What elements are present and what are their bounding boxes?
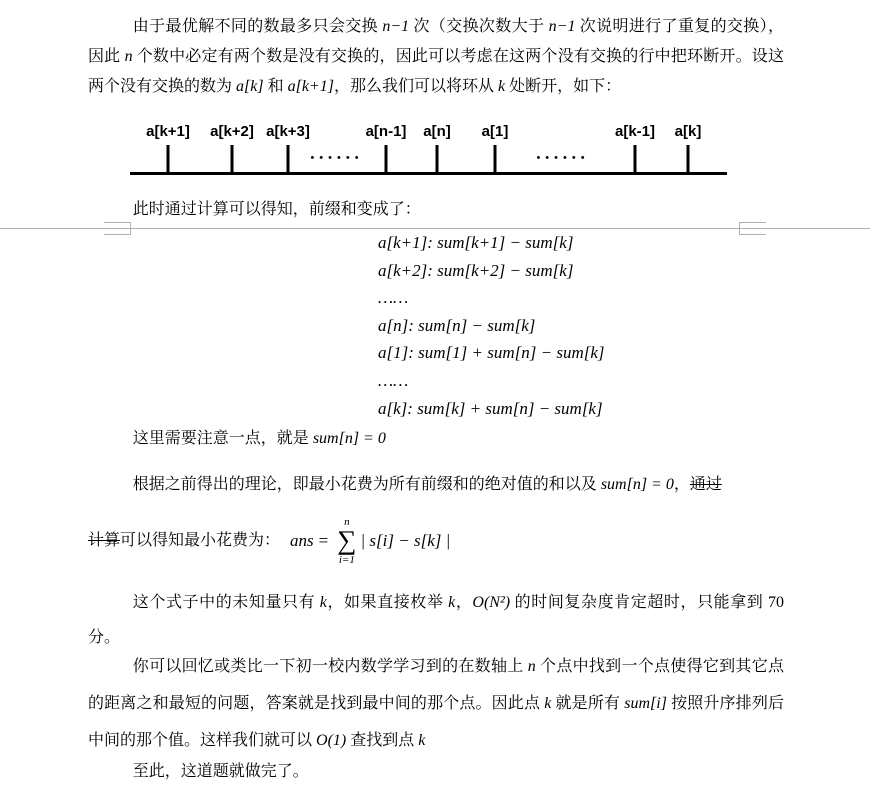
text-run: ，如果直接枚举 [327,594,448,611]
formula-line: a[k]: sum[k] + sum[n] − sum[k] [378,395,605,423]
tick-mark [287,145,290,173]
element-label: a[k] [675,123,702,140]
formula-line: a[n]: sum[n] − sum[k] [378,312,605,340]
number-line-diagram: a[k+1]a[k+2]a[k+3]a[n-1]a[n]a[1]a[k-1]a[… [88,118,784,182]
text-run: 次（交换次数大于 [409,18,548,35]
struck-text-run: 计算 [88,532,120,549]
formula-line: a[1]: sum[1] + sum[n] − sum[k] [378,339,605,367]
formula-lhs: ans [290,526,314,556]
element-label: a[1] [482,123,509,140]
text-run: 可以得知最小花费为： [120,532,280,549]
text-run: 至此，这道题就做完了。 [133,763,309,780]
text-run: 和 [264,78,288,95]
min-cost-formula: ans = n ∑ i=1 | s[i] − s[k] | [290,516,450,566]
text-run: 这个式子中的未知量只有 [133,594,320,611]
math-run: a[k+1] [288,78,334,95]
math-run: n−1 [382,18,409,35]
text-run: 就是所有 [551,695,624,712]
ellipsis-dots: •••••• [536,152,589,164]
formula-line: …… [378,367,605,395]
text-run: 此时通过计算可以得知，前缀和变成了： [133,201,421,218]
text-run: 根据之前得出的理论，即最小花费为所有前缀和的绝对值的和以及 [133,476,601,493]
text-run: ， [674,476,690,493]
tick-mark [167,145,170,173]
tick-mark [231,145,234,173]
math-run: sum[i] [624,695,667,712]
formula-body: | s[i] − s[k] | [361,526,451,556]
text-run: ，那么我们可以将环从 [334,78,498,95]
math-run: n−1 [549,18,576,35]
math-run: sum[n] = 0 [601,476,674,493]
number-line-baseline [130,172,727,175]
paragraph-intro-swap-argument: 由于最优解不同的数最多只会交换 n−1 次（交换次数大于 n−1 次说明进行了重… [88,12,784,102]
math-run: O(N²) [472,594,510,611]
element-label: a[k+2] [210,123,254,140]
paragraph-conclusion: 至此，这道题就做完了。 [88,757,784,787]
paragraph-min-cost: 计算可以得知最小花费为： ans = n ∑ i=1 | s[i] − s[k]… [88,513,784,569]
math-run: k [498,78,505,95]
text-run: 这里需要注意一点，就是 [133,430,313,447]
page-margin-mark-right [739,222,766,235]
formula-line: …… [378,284,605,312]
math-run: n [125,48,133,65]
tick-mark [494,145,497,173]
element-label: a[n] [423,123,451,140]
text-run: 查找到点 [346,732,418,749]
sigma-icon: ∑ [337,528,356,554]
paragraph-median-analogy: 你可以回忆或类比一下初一校内数学学习到的在数轴上 n 个点中找到一个点使得它到其… [88,648,784,759]
math-run: O(1) [316,732,346,749]
text-run: 你可以回忆或类比一下初一校内数学学习到的在数轴上 [133,658,528,675]
formula-line: a[k+2]: sum[k+2] − sum[k] [378,257,605,285]
struck-text-run: 通过 [690,476,722,493]
prefix-sum-formula-block: a[k+1]: sum[k+1] − sum[k]a[k+2]: sum[k+2… [378,229,605,422]
element-label: a[k+3] [266,123,310,140]
element-label: a[k-1] [615,123,655,140]
ellipsis-dots: •••••• [310,152,363,164]
text-run: 由于最优解不同的数最多只会交换 [133,18,383,35]
tick-mark [687,145,690,173]
formula-line: a[k+1]: sum[k+1] − sum[k] [378,229,605,257]
math-run: sum[n] = 0 [313,430,386,447]
tick-mark [634,145,637,173]
summation-symbol: n ∑ i=1 [337,516,356,566]
math-run: a[k] [236,78,264,95]
math-run: k [418,732,425,749]
paragraph-complexity: 这个式子中的未知量只有 k，如果直接枚举 k，O(N²) 的时间复杂度肯定超时，… [88,585,784,655]
page-margin-mark-left [104,222,131,235]
equals-sign: = [319,526,329,556]
math-run: n [528,658,536,675]
math-run: k [320,594,327,611]
element-label: a[k+1] [146,123,190,140]
tick-mark [385,145,388,173]
element-label: a[n-1] [366,123,407,140]
word-document-page: { "colors": { "text": "#000000", "backgr… [0,0,870,798]
tick-mark [436,145,439,173]
min-cost-lead-text: 计算可以得知最小花费为： [88,526,280,556]
paragraph-note-sum-zero: 这里需要注意一点，就是 sum[n] = 0 [88,424,784,454]
sigma-lower-limit: i=1 [339,554,355,566]
paragraph-theory: 根据之前得出的理论，即最小花费为所有前缀和的绝对值的和以及 sum[n] = 0… [88,470,784,500]
paragraph-prefix-sums-intro: 此时通过计算可以得知，前缀和变成了： [88,195,784,225]
text-run: ， [455,594,472,611]
text-run: 处断开，如下： [505,78,621,95]
